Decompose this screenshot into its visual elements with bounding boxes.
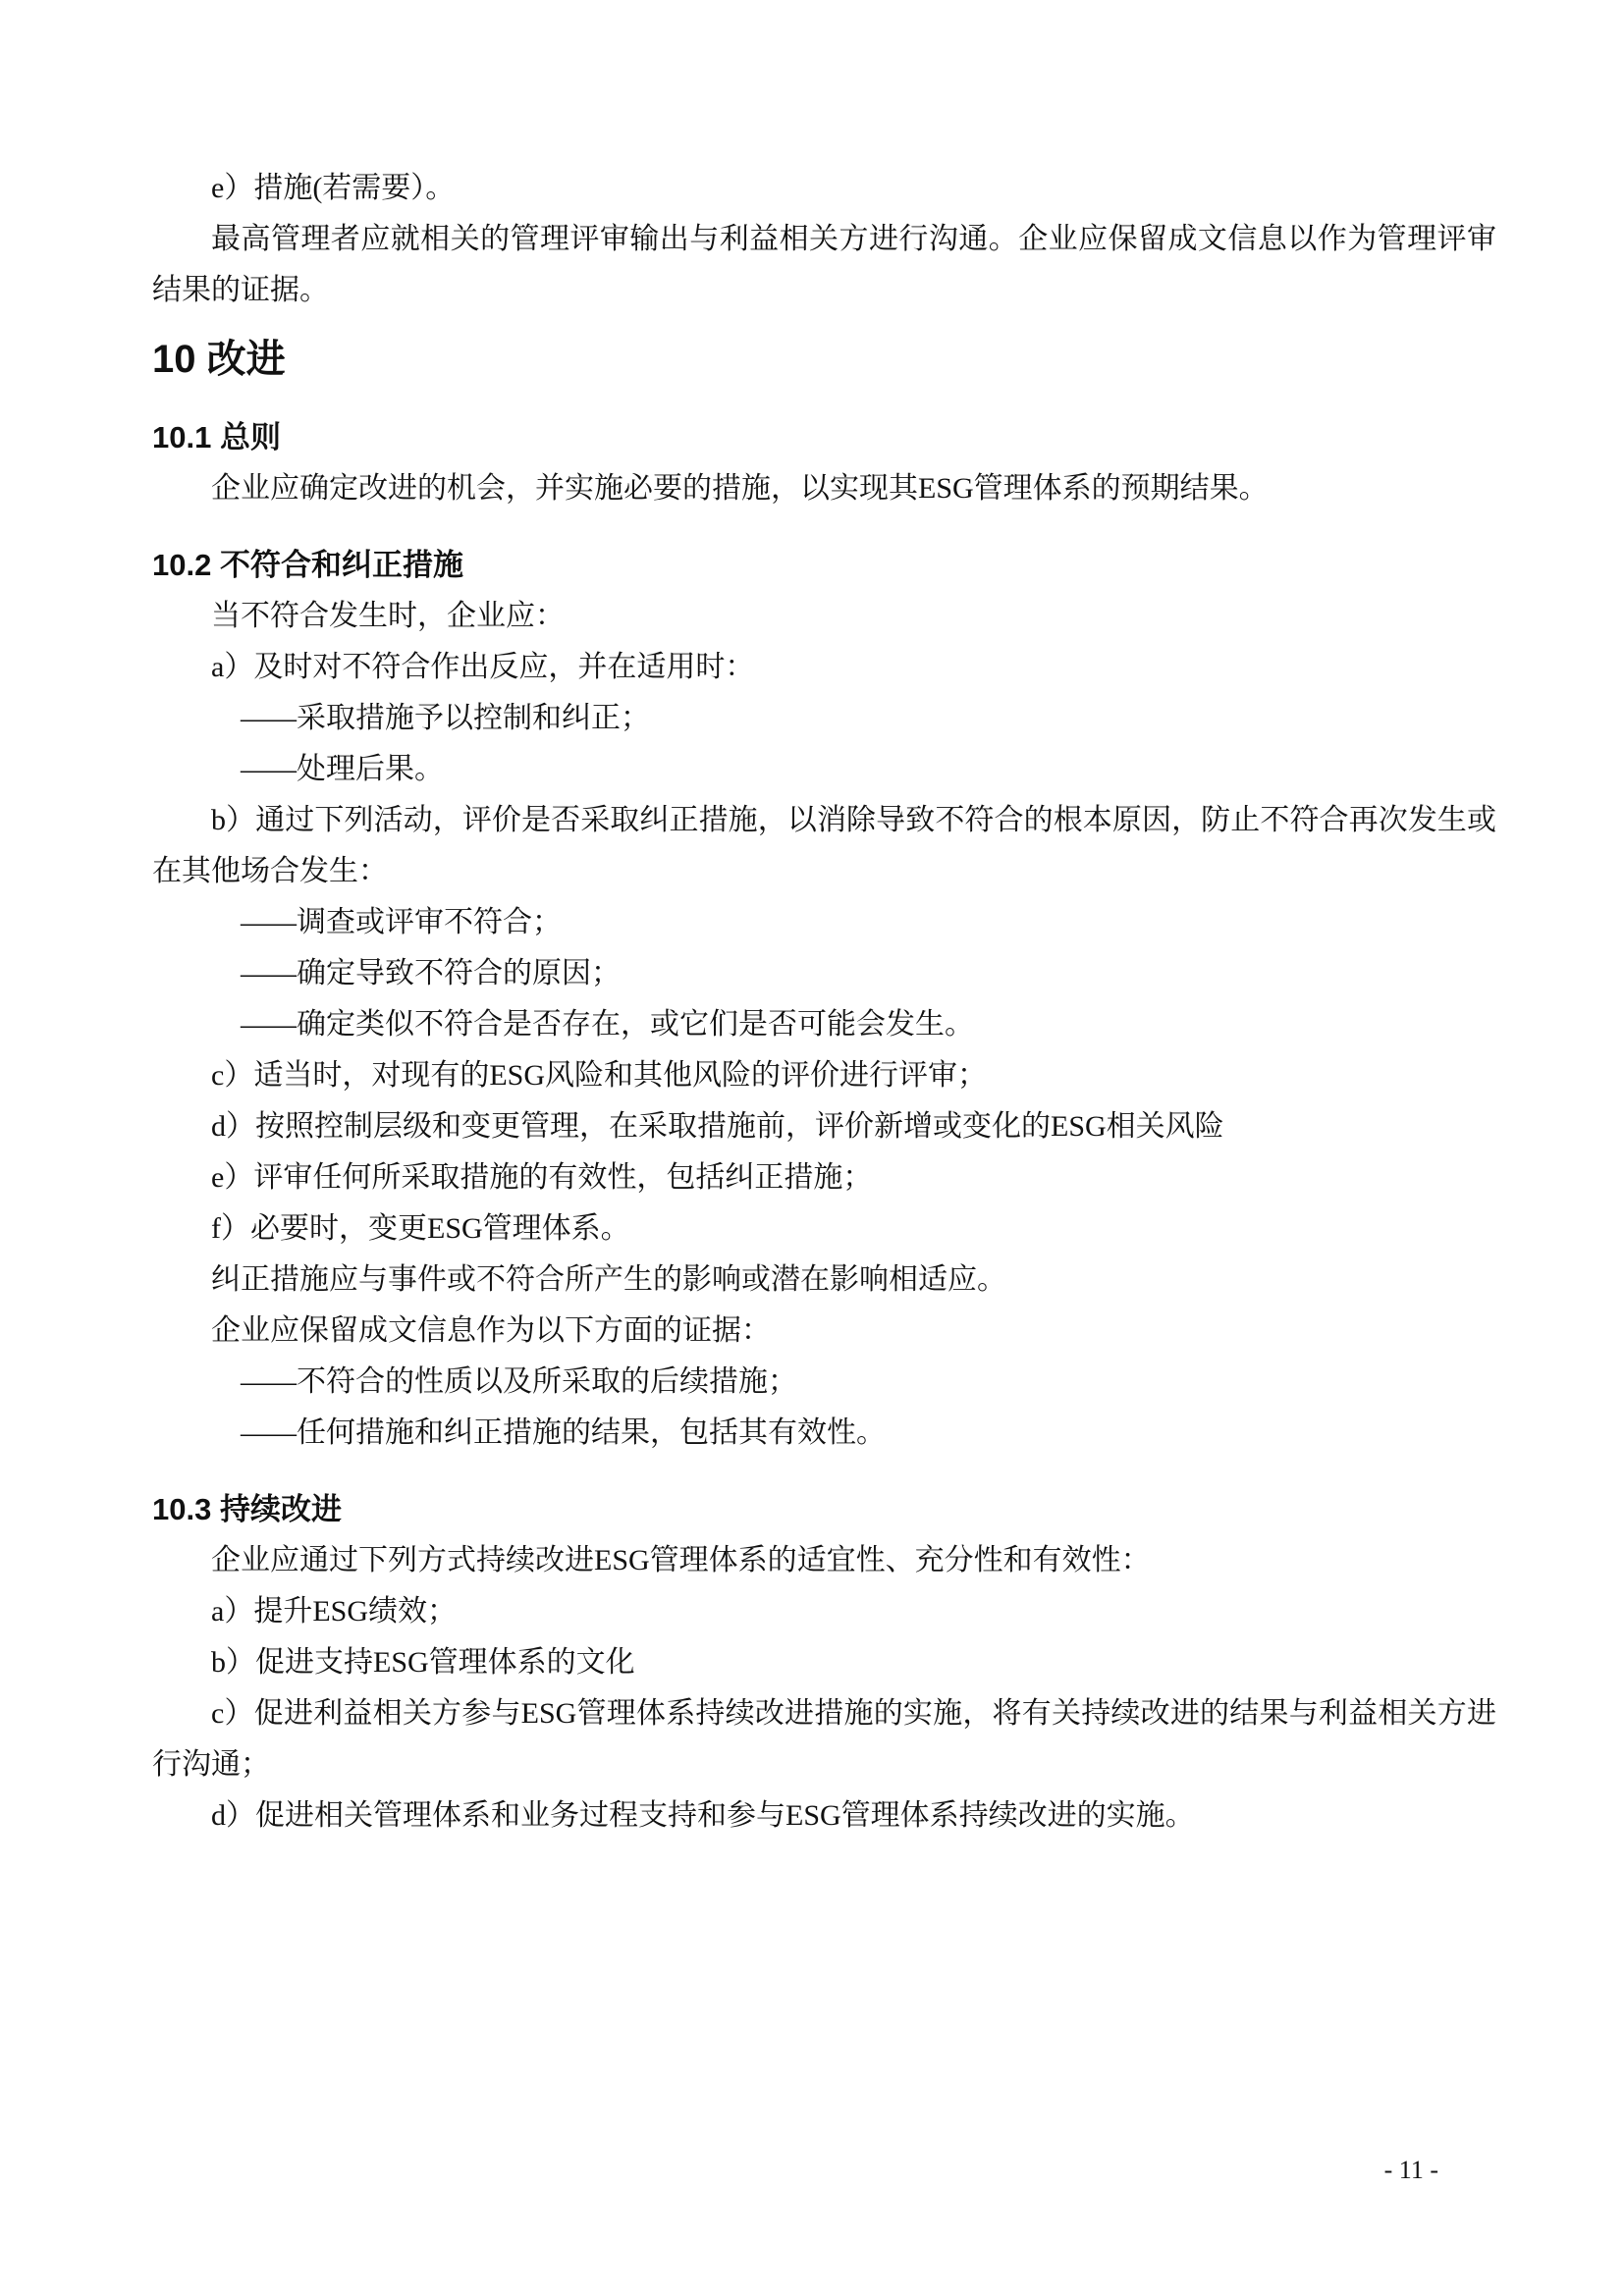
list-item-b3: b）促进支持ESG管理体系的文化	[152, 1637, 1496, 1688]
paragraph-corrective: 纠正措施应与事件或不符合所产生的影响或潜在影响相适应。	[152, 1255, 1496, 1306]
list-item-d: d）按照控制层级和变更管理，在采取措施前，评价新增或变化的ESG相关风险	[152, 1101, 1496, 1152]
dash-item-text: 不符合的性质以及所采取的后续措施；	[297, 1365, 797, 1398]
dash-item-text: 处理后果。	[297, 753, 444, 785]
em-dash: ——	[241, 1008, 294, 1041]
em-dash: ——	[241, 906, 294, 938]
dash-item: ——调查或评审不符合；	[152, 897, 1496, 948]
paragraph-10-3-intro: 企业应通过下列方式持续改进ESG管理体系的适宜性、充分性和有效性：	[152, 1535, 1496, 1586]
dash-item-text: 确定类似不符合是否存在，或它们是否可能会发生。	[297, 1008, 974, 1041]
document-page: e）措施(若需要）。 最高管理者应就相关的管理评审输出与利益相关方进行沟通。企业…	[0, 0, 1624, 2296]
dash-item: ——确定导致不符合的原因；	[152, 948, 1496, 999]
list-item-d3: d）促进相关管理体系和业务过程支持和参与ESG管理体系持续改进的实施。	[152, 1790, 1496, 1842]
list-item-c3: c）促进利益相关方参与ESG管理体系持续改进措施的实施，将有关持续改进的结果与利…	[152, 1688, 1496, 1790]
closing-paragraph: 最高管理者应就相关的管理评审输出与利益相关方进行沟通。企业应保留成文信息以作为管…	[152, 214, 1496, 316]
em-dash: ——	[241, 1365, 294, 1398]
section-heading-10-3: 10.3 持续改进	[152, 1484, 1496, 1535]
list-item-c: c）适当时，对现有的ESG风险和其他风险的评价进行评审；	[152, 1050, 1496, 1101]
em-dash: ——	[241, 1416, 294, 1449]
list-item-e2: e）评审任何所采取措施的有效性，包括纠正措施；	[152, 1152, 1496, 1203]
list-item-e: e）措施(若需要）。	[152, 163, 1496, 214]
dash-item-text: 采取措施予以控制和纠正；	[297, 702, 650, 734]
list-item-a: a）及时对不符合作出反应，并在适用时：	[152, 642, 1496, 693]
paragraph-10-1: 企业应确定改进的机会，并实施必要的措施，以实现其ESG管理体系的预期结果。	[152, 463, 1496, 514]
chapter-heading-10: 10 改进	[152, 332, 1496, 387]
dash-item-text: 任何措施和纠正措施的结果，包括其有效性。	[297, 1416, 886, 1449]
em-dash: ——	[241, 957, 294, 989]
dash-item: ——确定类似不符合是否存在，或它们是否可能会发生。	[152, 999, 1496, 1050]
paragraph-10-2-intro: 当不符合发生时，企业应：	[152, 591, 1496, 642]
dash-item-text: 调查或评审不符合；	[297, 906, 562, 938]
dash-item: ——任何措施和纠正措施的结果，包括其有效性。	[152, 1408, 1496, 1459]
dash-item: ——不符合的性质以及所采取的后续措施；	[152, 1357, 1496, 1408]
list-item-b: b）通过下列活动，评价是否采取纠正措施，以消除导致不符合的根本原因，防止不符合再…	[152, 795, 1496, 897]
dash-item: ——处理后果。	[152, 744, 1496, 795]
em-dash: ——	[241, 753, 294, 785]
paragraph-evidence: 企业应保留成文信息作为以下方面的证据：	[152, 1306, 1496, 1357]
dash-item-text: 确定导致不符合的原因；	[297, 957, 621, 989]
list-item-a3: a）提升ESG绩效；	[152, 1586, 1496, 1637]
dash-item: ——采取措施予以控制和纠正；	[152, 693, 1496, 744]
document-content: e）措施(若需要）。 最高管理者应就相关的管理评审输出与利益相关方进行沟通。企业…	[152, 0, 1496, 1842]
em-dash: ——	[241, 702, 294, 734]
page-number: - 11 -	[1384, 2156, 1438, 2185]
list-item-f: f）必要时，变更ESG管理体系。	[152, 1203, 1496, 1255]
section-heading-10-2: 10.2 不符合和纠正措施	[152, 540, 1496, 591]
section-heading-10-1: 10.1 总则	[152, 412, 1496, 463]
